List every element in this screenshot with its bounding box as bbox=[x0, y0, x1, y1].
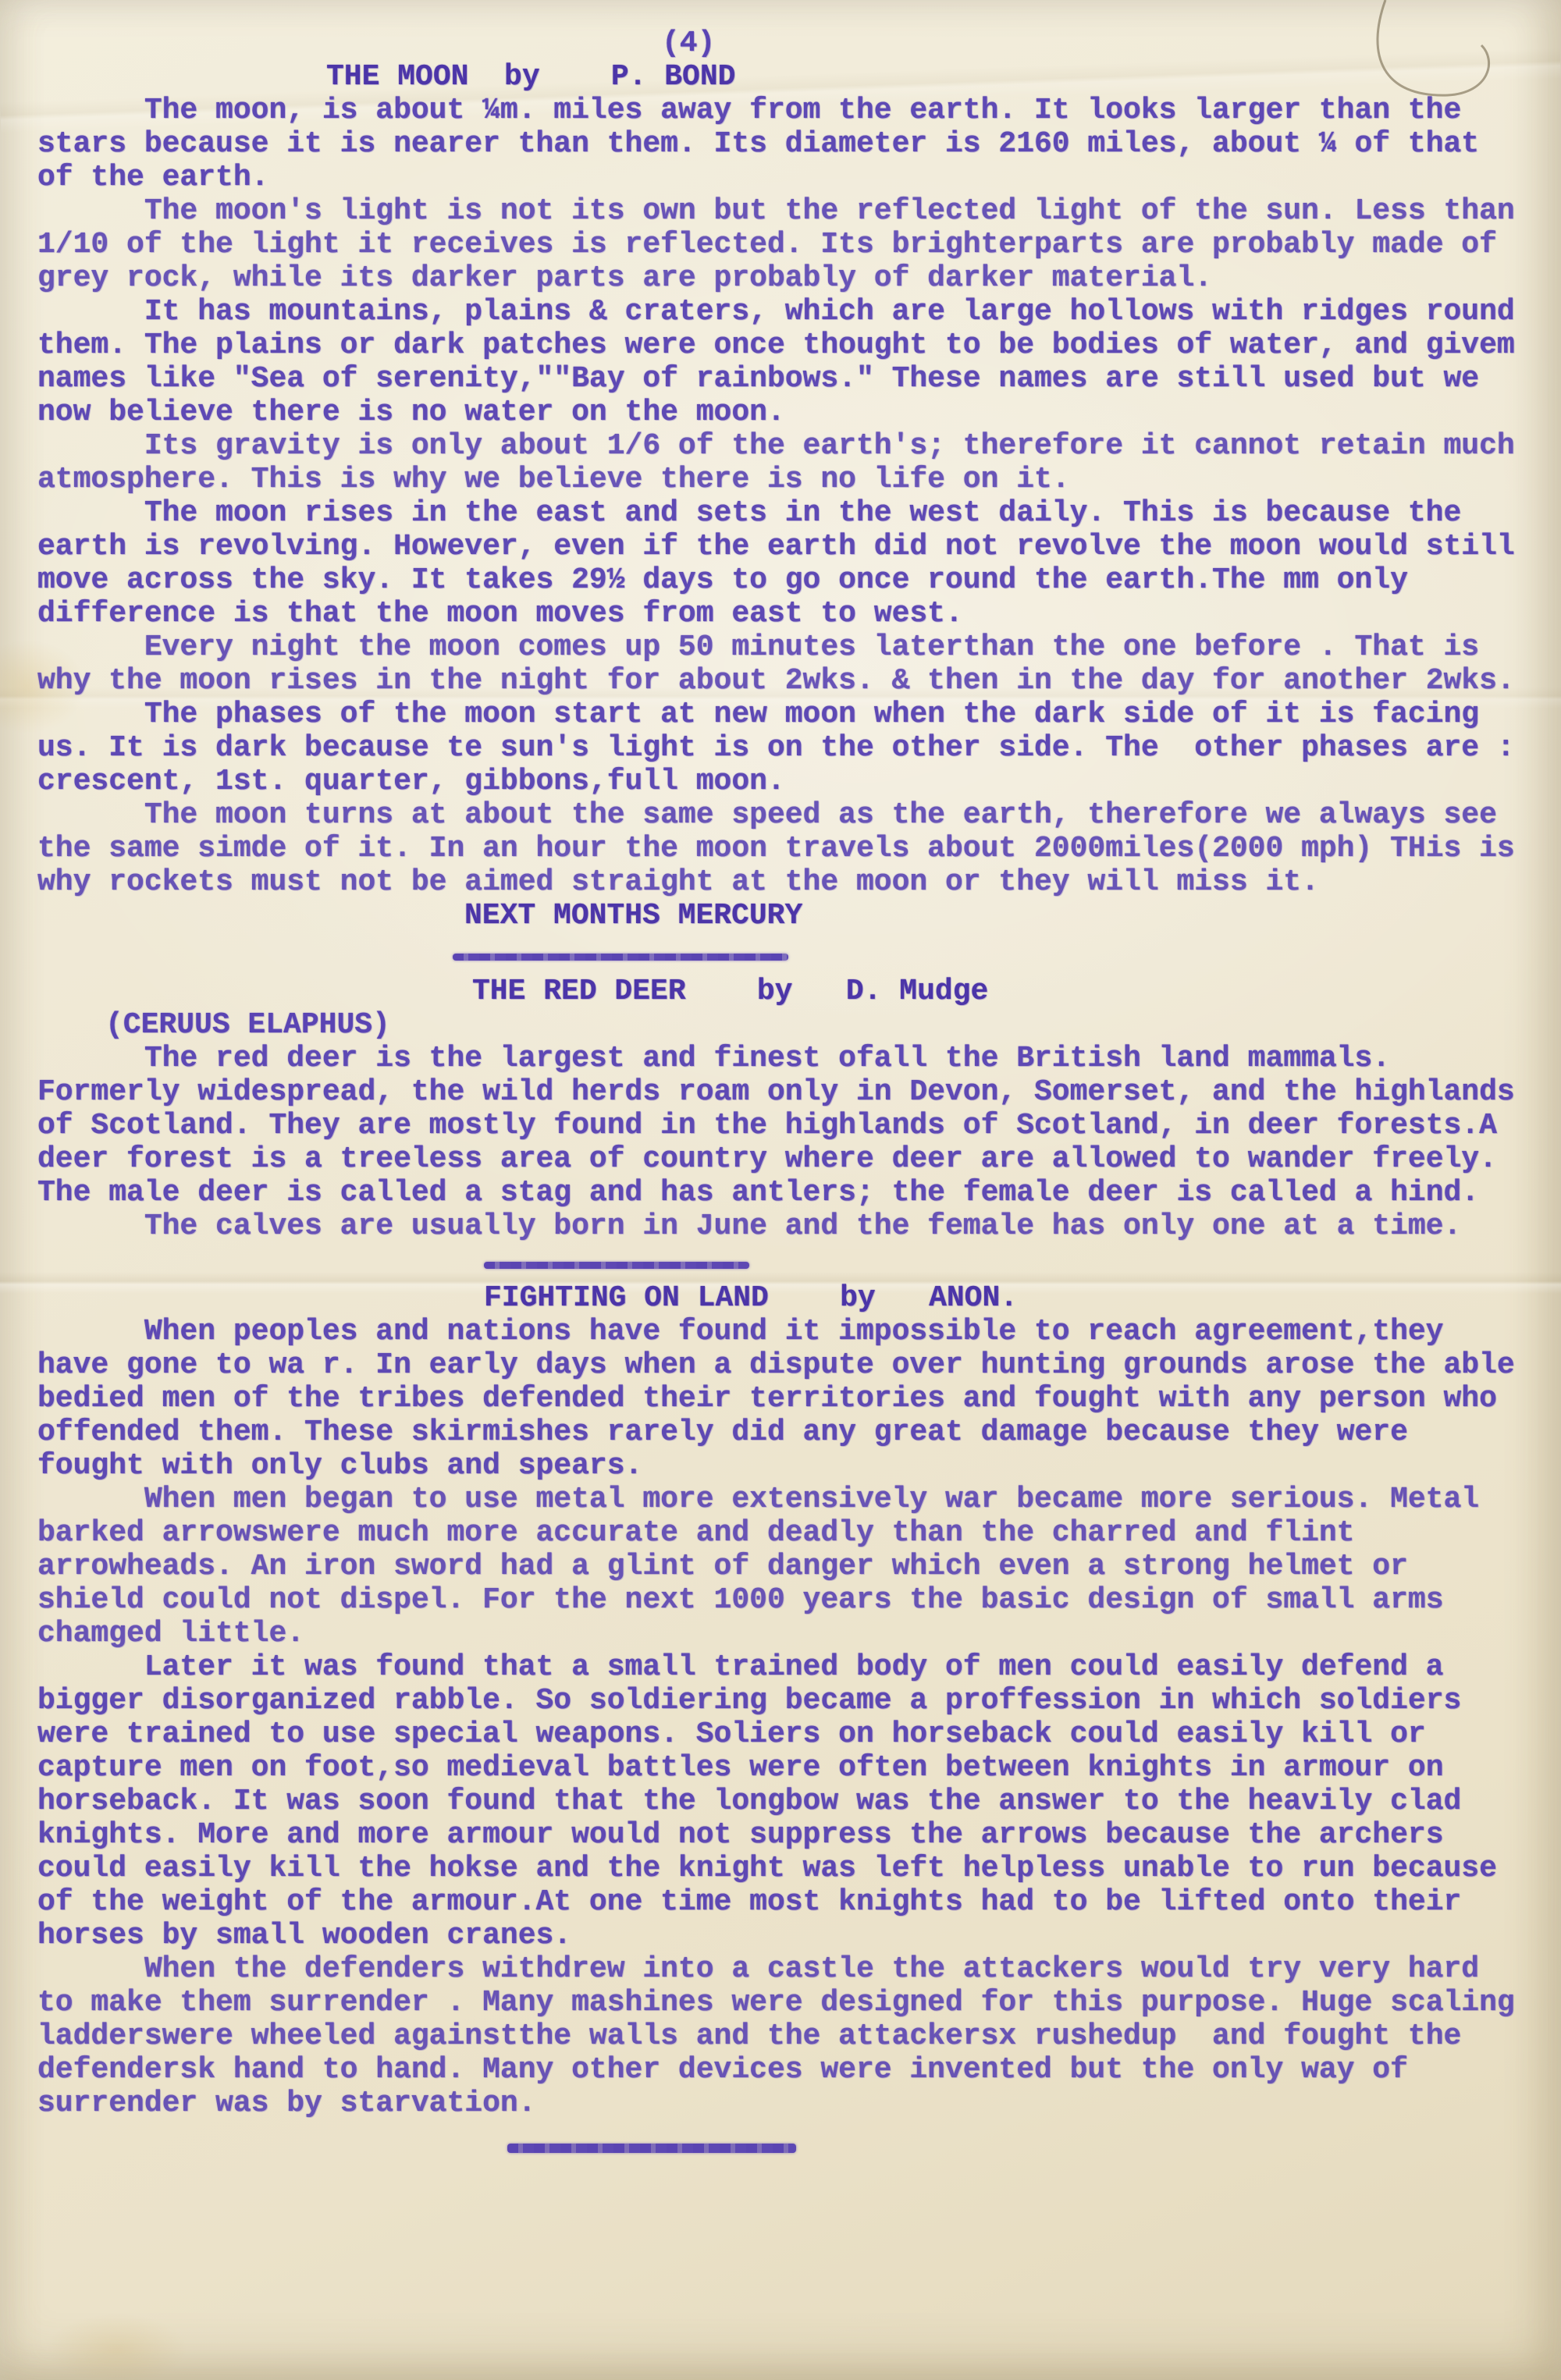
paragraph: When men began to use metal more extensi… bbox=[37, 1483, 1524, 1650]
paragraph: The moon turns at about the same speed a… bbox=[37, 798, 1524, 899]
paragraph: Every night the moon comes up 50 minutes… bbox=[37, 631, 1524, 698]
end-of-page-rule bbox=[507, 2144, 796, 2153]
next-month-note: NEXT MONTHS MERCURY bbox=[464, 899, 1524, 932]
byline-prefix: by bbox=[757, 975, 793, 1008]
stray-hair-artifact bbox=[1280, 0, 1514, 133]
article-fighting-on-land: FIGHTING ON LANDbyANON. When peoples and… bbox=[37, 1281, 1524, 2120]
article-title: THE MOON bbox=[326, 60, 468, 94]
paragraph: It has mountains, plains & craters, whic… bbox=[37, 295, 1524, 429]
section-divider bbox=[453, 954, 788, 961]
byline-prefix: by bbox=[840, 1281, 876, 1315]
article-title-row: THE RED DEERbyD. Mudge bbox=[472, 975, 1524, 1008]
paragraph: Its gravity is only about 1/6 of the ear… bbox=[37, 429, 1524, 496]
article-title-row: FIGHTING ON LANDbyANON. bbox=[484, 1281, 1524, 1315]
section-divider bbox=[484, 1262, 749, 1269]
byline-prefix: by bbox=[504, 60, 540, 94]
page: (4) THE MOONbyP. BOND The moon, is about… bbox=[0, 0, 1561, 2380]
article-the-moon: THE MOONbyP. BOND The moon, is about ¼m.… bbox=[37, 60, 1524, 932]
paragraph: The moon rises in the east and sets in t… bbox=[37, 496, 1524, 631]
article-author: P. BOND bbox=[611, 60, 736, 94]
paragraph: The calves are usually born in June and … bbox=[37, 1210, 1524, 1243]
article-red-deer: THE RED DEERbyD. Mudge (CERUUS ELAPHUS) … bbox=[37, 975, 1524, 1243]
article-author: D. Mudge bbox=[846, 975, 988, 1008]
paper-stain bbox=[47, 2314, 187, 2380]
paragraph: When peoples and nations have found it i… bbox=[37, 1315, 1524, 1483]
paragraph: The phases of the moon start at new moon… bbox=[37, 698, 1524, 798]
paragraph: The moon's light is not its own but the … bbox=[37, 194, 1524, 295]
article-body: When peoples and nations have found it i… bbox=[37, 1315, 1524, 2120]
article-body: The red deer is the largest and finest o… bbox=[37, 1042, 1524, 1243]
article-title: FIGHTING ON LAND bbox=[484, 1281, 769, 1315]
paragraph: When the defenders withdrew into a castl… bbox=[37, 1952, 1524, 2120]
article-subtitle: (CERUUS ELAPHUS) bbox=[105, 1008, 1524, 1042]
article-body: The moon, is about ¼m. miles away from t… bbox=[37, 94, 1524, 899]
paragraph: The red deer is the largest and finest o… bbox=[37, 1042, 1524, 1210]
paragraph: Later it was found that a small trained … bbox=[37, 1650, 1524, 1952]
article-author: ANON. bbox=[929, 1281, 1018, 1315]
article-title: THE RED DEER bbox=[472, 975, 686, 1008]
